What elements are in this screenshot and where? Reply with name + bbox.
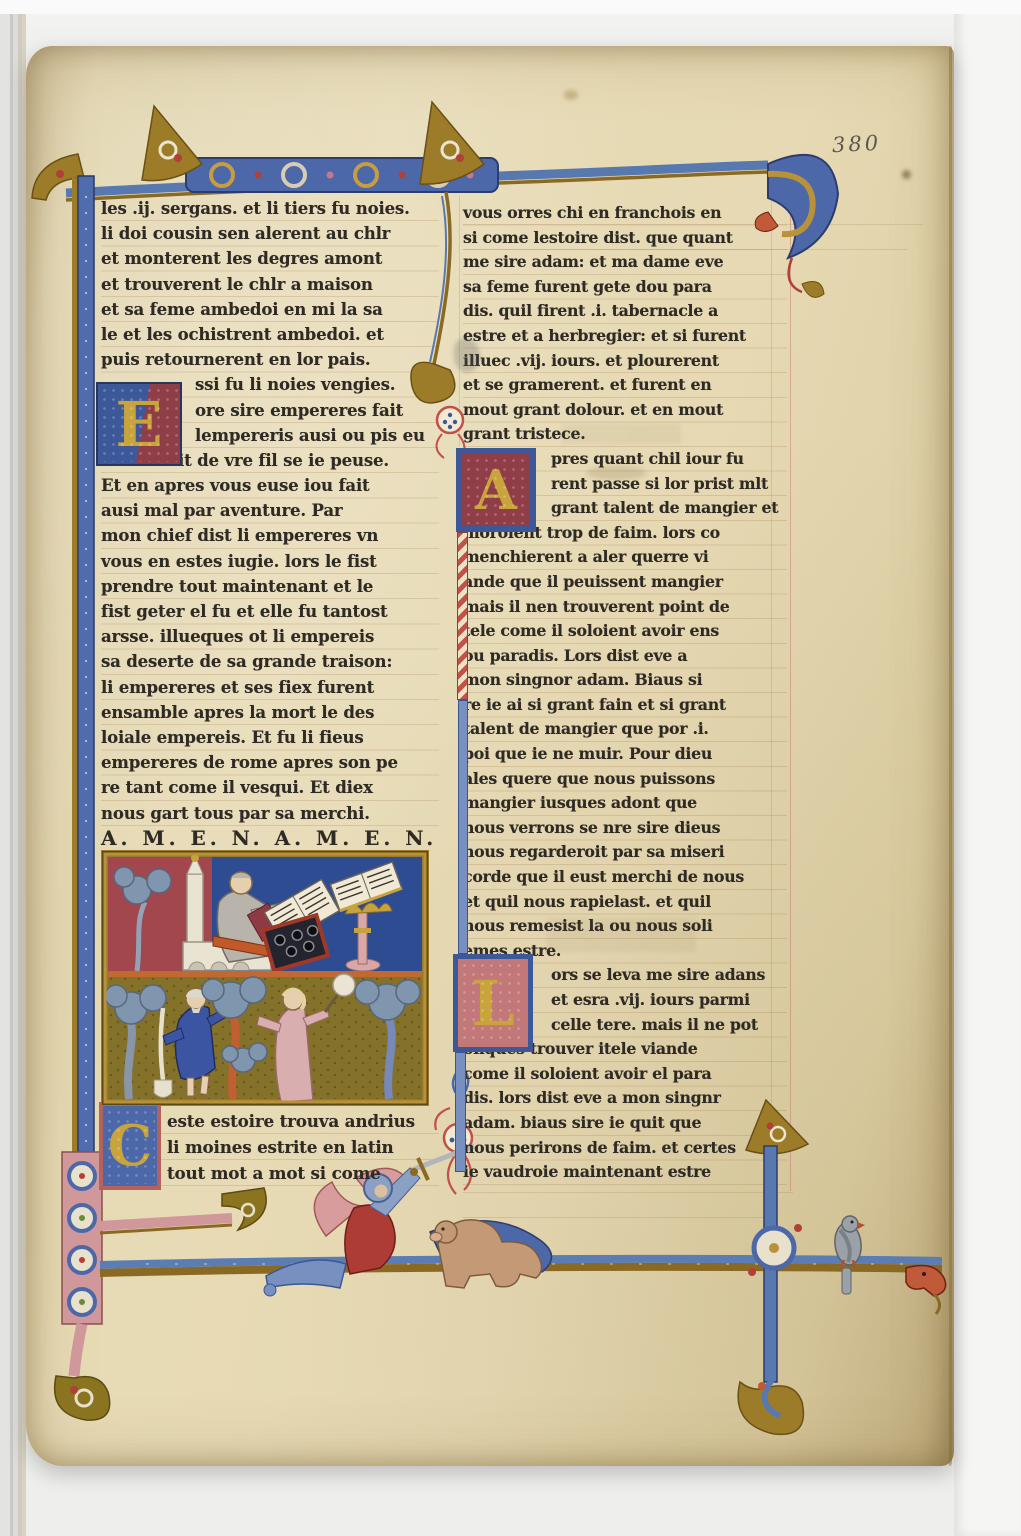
text-line: arsse. illueques ot li empereis [101,624,437,649]
show-through [546,918,696,952]
text-line: prendre tout maintenant et le [101,574,437,599]
initial-l-tail-bar [455,1052,466,1172]
decorated-initial-a: A [456,448,536,532]
eden-scene [105,974,422,1102]
text-line: li empereres et ses fiex furent [101,675,437,700]
text-line: li doi cousin sen alerent au chlr [101,221,437,246]
margin-ruling-line [463,1217,763,1218]
text-line: menchierent a aler querre vi [463,545,785,570]
column-bounding-rule [790,196,791,1191]
text-line: et sa feme ambedoi en mi la sa [101,297,437,322]
top-border-bar [32,154,768,200]
text-line: mon singnor adam. Biaus si [463,668,785,693]
text-line: sa deserte de sa grande traison: [101,649,437,674]
facing-page-edge [0,0,26,1536]
text-line: ales quere que nous puissons [463,767,785,792]
text-line: le et les ochistrent ambedoi. et [101,322,437,347]
ape-grotesque [430,1220,552,1288]
text-line: mon chief dist li empereres vn [101,523,437,548]
text-line: ie vaudroie maintenant estre [463,1160,785,1185]
text-line: tele come il soloient avoir ens [463,619,785,644]
text-line: puis retournerent en lor pais. [101,347,437,372]
mid-left-bar [100,1188,266,1233]
parchment-stain [586,466,646,480]
text-line: adam. biaus sire ie quit que [463,1111,785,1136]
text-line: loiale empereis. Et fu li fieus [101,725,437,750]
text-line: ande que il peuissent mangier [463,570,785,595]
decorated-initial-e: E [96,382,182,466]
text-line: mangier iusques adont que [463,791,785,816]
text-line: sa feme furent gete dou para [463,275,785,300]
text-line: estre et a herbregier: et si furent [463,324,785,349]
text-line: come il soloient avoir el para [463,1062,785,1087]
falcon-figure [833,1216,865,1294]
text-line: mout grant dolour. et en mout [463,398,785,423]
top-border-finial-left [142,106,202,181]
text-line: nous regarderoit par sa miseri [463,840,785,865]
text-line: mais il nen trouverent point de [463,595,785,620]
corner-scrollwork-left [55,1152,110,1420]
initial-a-tail-striped [457,532,468,700]
text-line: et se gramerent. et furent en [463,373,785,398]
folio-number: 380 [831,131,881,158]
text-line: ensamble apres la mort le des [101,700,437,725]
text-line: et quil nous rapielast. et quil [463,890,785,915]
initial-a-tail-bar [458,700,468,954]
column-bounding-rule [459,196,460,446]
parchment-stain [564,90,578,100]
text-line: si come lestoire dist. que quant [463,226,785,251]
backdrop-right-strip [954,0,1021,1536]
parchment-stain [902,170,911,179]
margin-ruling-line [463,1192,793,1193]
text-line: les .ij. sergans. et li tiers fu noies. [101,196,437,221]
text-line: empereres de rome apres son pe [101,750,437,775]
bottom-terminal-dragon [906,1266,946,1314]
text-column-left: les .ij. sergans. et li tiers fu noies.l… [101,196,437,826]
decorated-initial-l: L [453,954,533,1052]
text-line: re tant come il vesqui. Et diex [101,775,437,800]
backdrop-top-strip [0,0,1021,14]
text-line: poi que ie ne muir. Pour dieu [463,742,785,767]
text-line: dis. lors dist eve a mon singnr [463,1086,785,1111]
text-line: corde que il eust merchi de nous [463,865,785,890]
top-border-finial-center [420,102,484,184]
text-line: nous perirons de faim. et certes [463,1136,785,1161]
show-through [561,424,681,444]
left-border-bar [72,176,94,1156]
text-line: nous verrons se nre sire dieus [463,816,785,841]
amen-line: A. M. E. N. A. M. E. N. [101,825,441,851]
scribe-scene [108,854,422,971]
text-line: vous en estes iugie. lors le fist [101,549,437,574]
manuscript-page: 380 [26,46,954,1466]
text-line: illuec .vij. iours. et plourerent [463,349,785,374]
text-line: talent de mangier que por .i. [463,717,785,742]
text-line: re ie ai si grant fain et si grant [463,693,785,718]
photo-backdrop: 380 [0,0,1021,1536]
text-line: et monterent les degres amont [101,246,437,271]
decorated-initial-c: C [99,1102,161,1190]
text-line: vous orres chi en franchois en [463,201,785,226]
text-line: dis. quil firent .i. tabernacle a [463,299,785,324]
text-line: ausi mal par aventure. Par [101,498,437,523]
text-line: ou paradis. Lors dist eve a [463,644,785,669]
text-line: fist geter el fu et elle fu tantost [101,599,437,624]
text-line: me sire adam: et ma dame eve [463,250,785,275]
text-line: et trouverent le chlr a maison [101,272,437,297]
text-line: nous gart tous par sa merchi. [101,801,437,826]
text-line: Et en apres vous euse iou fait [101,473,437,498]
ink-smudge [454,338,480,372]
bottom-border-bar [100,1259,942,1273]
miniature-panel [101,850,429,1106]
